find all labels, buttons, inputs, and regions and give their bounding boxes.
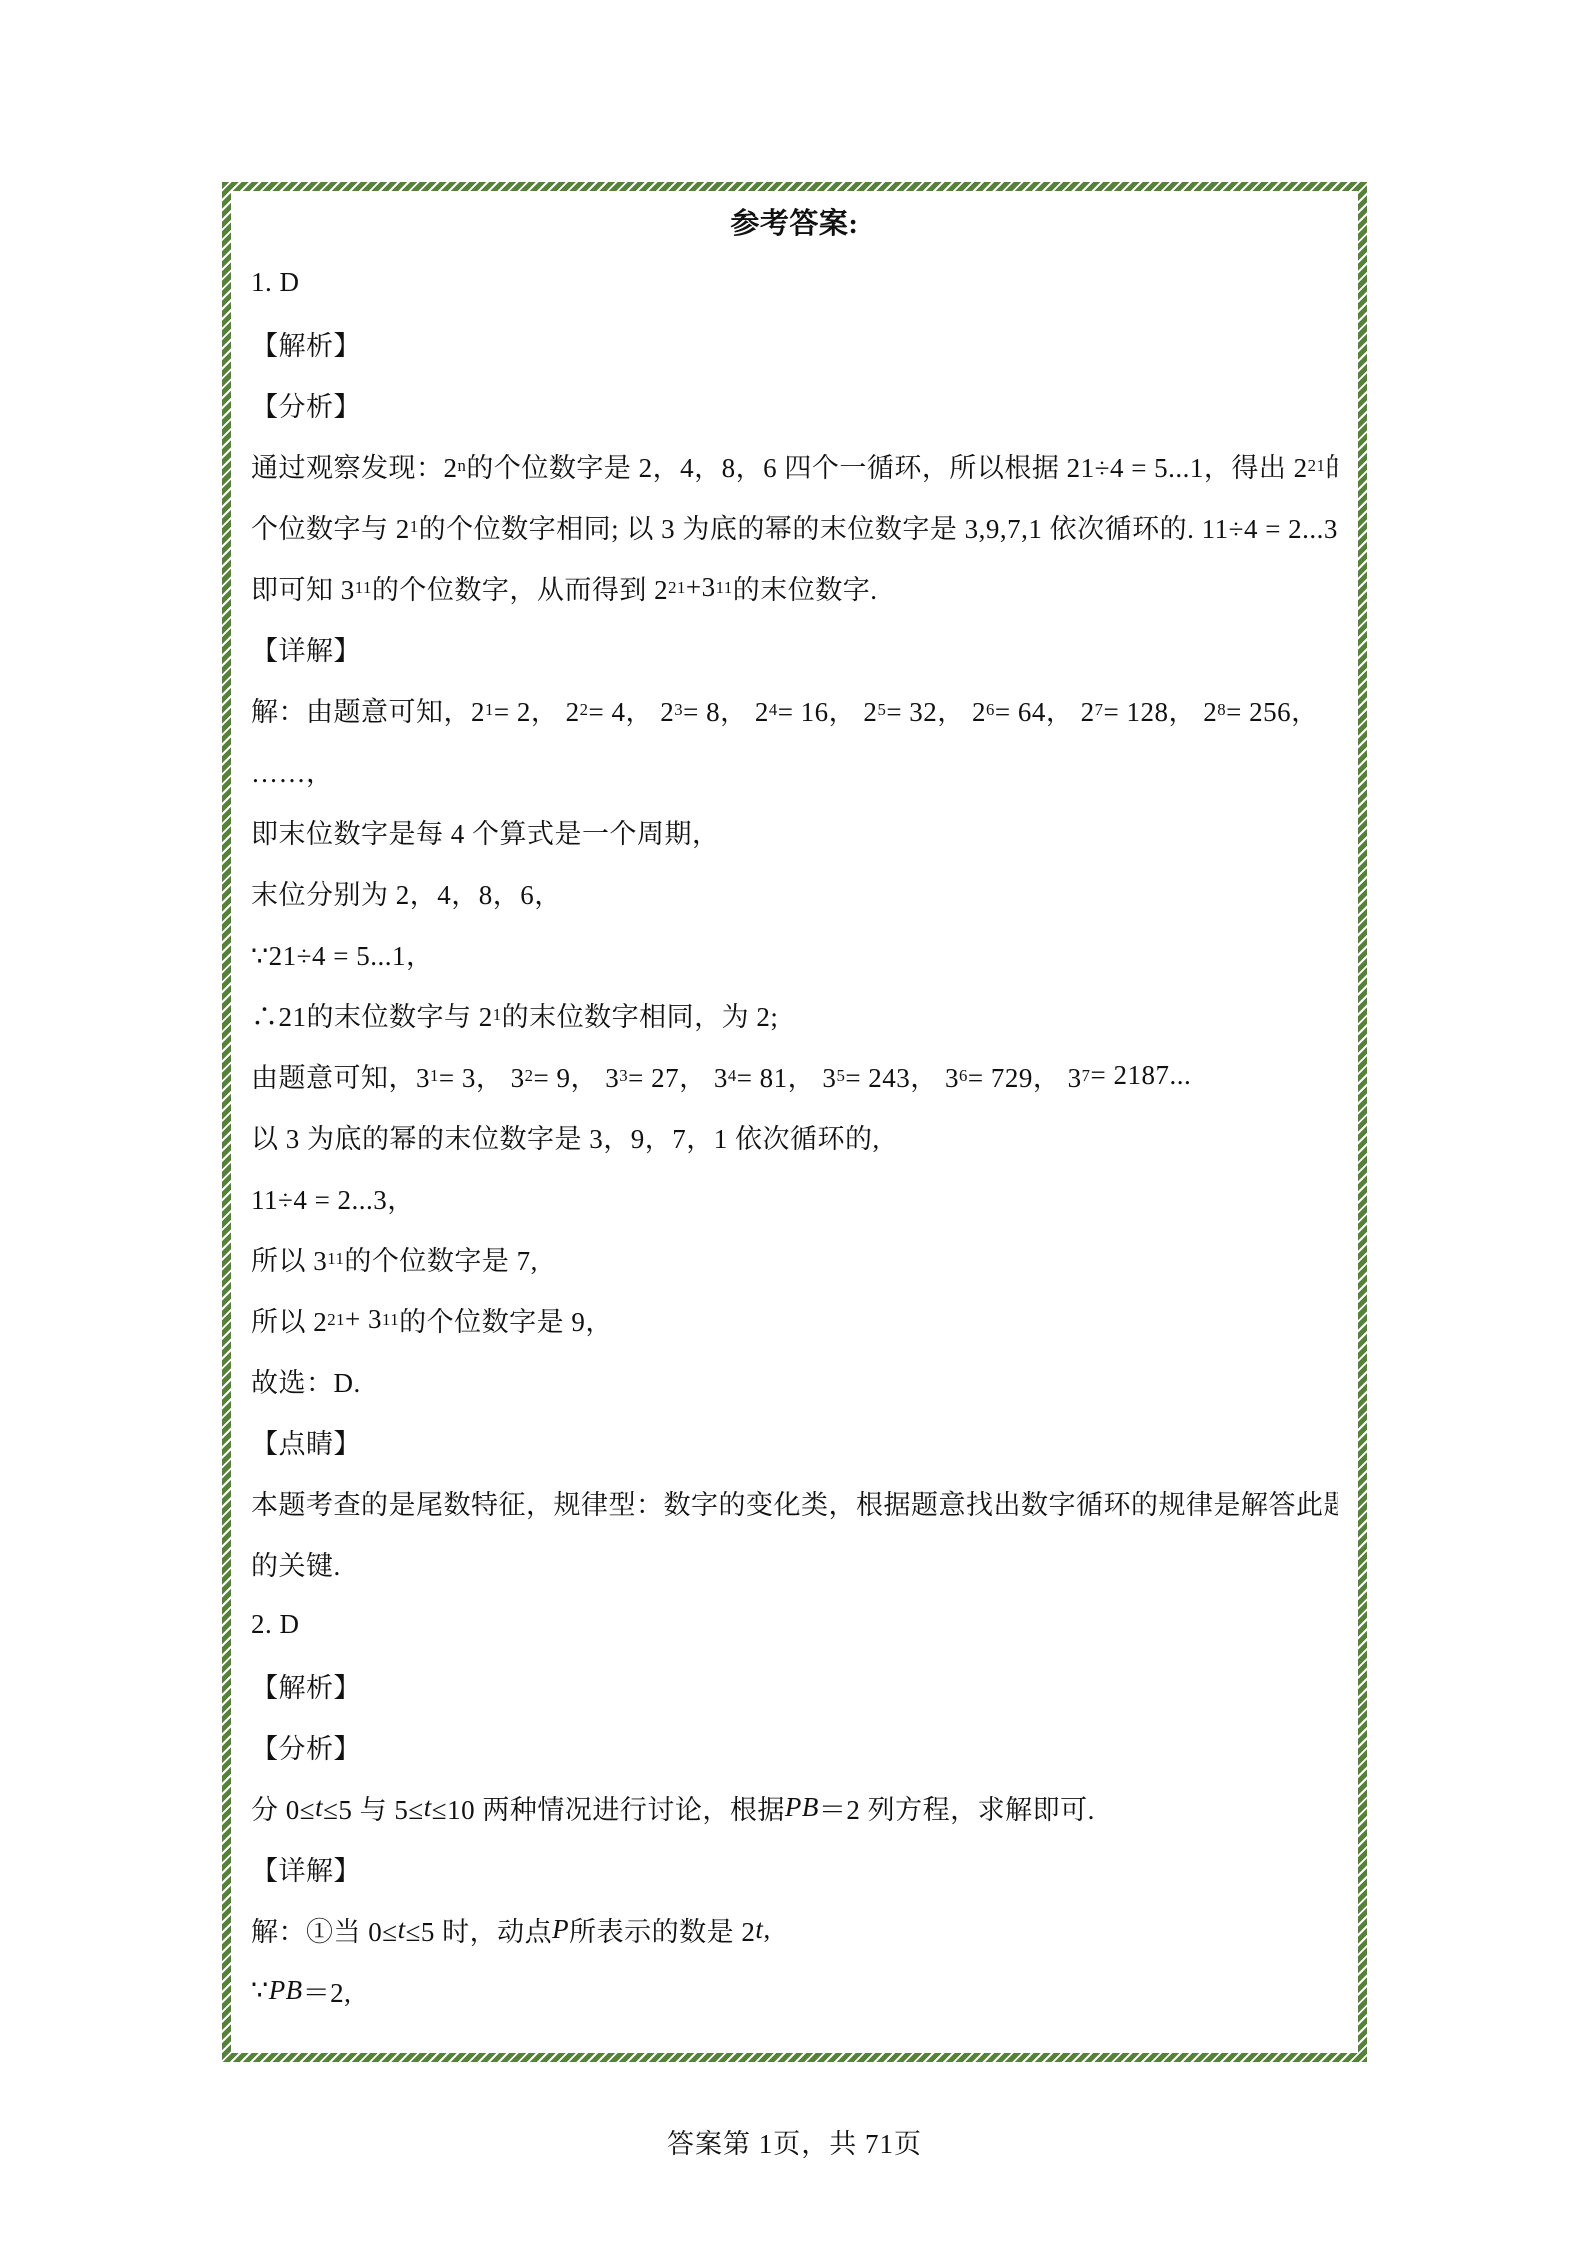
- text-line: 末位分别为 2，4，8，6，: [251, 862, 1338, 923]
- text-line: 【分析】: [251, 374, 1338, 435]
- text-line: 即可知 311 的个位数字，从而得到 221+311 的末位数字.: [251, 557, 1338, 618]
- text-line: 【详解】: [251, 618, 1338, 679]
- text-line: 1. D: [251, 252, 1338, 313]
- page-title: 参考答案:: [251, 191, 1338, 252]
- text-line: 故选：D.: [251, 1350, 1338, 1411]
- text-line: 由题意可知，31 = 3， 32 = 9， 33 = 27， 34 = 81， …: [251, 1045, 1338, 1106]
- text-line: 所以 221 + 311 的个位数字是 9，: [251, 1289, 1338, 1350]
- text-line: 本题考查的是尾数特征，规律型：数字的变化类，根据题意找出数字循环的规律是解答此题: [251, 1472, 1338, 1533]
- text-line: 【分析】: [251, 1716, 1338, 1777]
- text-line: 【解析】: [251, 1655, 1338, 1716]
- text-line: 2. D: [251, 1594, 1338, 1655]
- text-line: 通过观察发现：2n 的个位数字是 2，4，8，6 四个一循环，所以根据 21÷4…: [251, 435, 1338, 496]
- text-line: 分 0≤t≤5 与 5≤t≤10 两种情况进行讨论，根据 PB＝2 列方程，求解…: [251, 1777, 1338, 1838]
- text-line: 【解析】: [251, 313, 1338, 374]
- text-line: 11÷4 = 2...3，: [251, 1167, 1338, 1228]
- text-line: ∴21的末位数字与 21 的末位数字相同，为 2;: [251, 984, 1338, 1045]
- text-line: 【详解】: [251, 1838, 1338, 1899]
- text-line: ∵21÷4 = 5...1，: [251, 923, 1338, 984]
- text-line: 解：由题意可知，21 = 2， 22 = 4， 23 = 8， 24 = 16，…: [251, 679, 1338, 740]
- text-line: ∵PB＝2,: [251, 1960, 1338, 2021]
- page-border: 参考答案: 1. D【解析】【分析】通过观察发现：2n 的个位数字是 2，4，8…: [222, 182, 1367, 2062]
- page-canvas: 参考答案: 1. D【解析】【分析】通过观察发现：2n 的个位数字是 2，4，8…: [0, 0, 1587, 2245]
- page-footer: 答案第 1页，共 71页: [222, 2122, 1367, 2161]
- text-line: 即末位数字是每 4 个算式是一个周期，: [251, 801, 1338, 862]
- document-body: 1. D【解析】【分析】通过观察发现：2n 的个位数字是 2，4，8，6 四个一…: [251, 252, 1338, 2021]
- text-line: 以 3 为底的幂的末位数字是 3，9，7，1 依次循环的,: [251, 1106, 1338, 1167]
- text-line: 【点睛】: [251, 1411, 1338, 1472]
- text-line: 所以 311 的个位数字是 7,: [251, 1228, 1338, 1289]
- text-line: ……，: [251, 740, 1338, 801]
- answer-sheet: 参考答案: 1. D【解析】【分析】通过观察发现：2n 的个位数字是 2，4，8…: [231, 191, 1358, 2053]
- text-line: 解：①当 0≤t≤5 时，动点 P 所表示的数是 2t,: [251, 1899, 1338, 1960]
- text-line: 个位数字与 21 的个位数字相同; 以 3 为底的幂的末位数字是 3,9,7,1…: [251, 496, 1338, 557]
- text-line: 的关键.: [251, 1533, 1338, 1594]
